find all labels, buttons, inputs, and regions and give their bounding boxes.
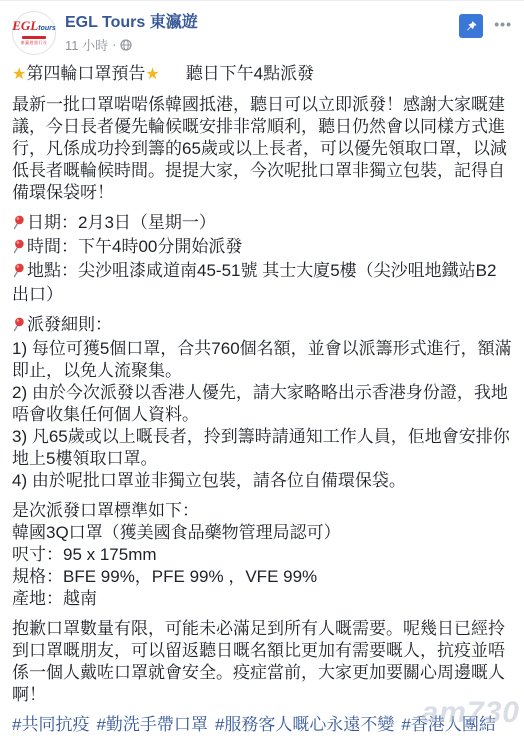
post-hashtags: #共同抗疫#勤洗手帶口罩#服務客人嘅心永遠不變#香港人團結	[12, 714, 512, 736]
rule-item: 1) 每位可獲5個口罩，合共760個名額，並會以派籌形式進行，額滿即止，以免人流…	[12, 338, 512, 382]
pin-icon	[12, 316, 25, 338]
post-headline: ★第四輪口罩預告★聽日下午4點派發	[12, 63, 512, 86]
post-closing: 抱歉口罩數量有限，可能未必滿足到所有人嘅需要。呢幾日已經拎到口罩嘅朋友，可以留返…	[12, 618, 512, 706]
logo-bar	[22, 36, 46, 39]
post-header: EGLtours 東瀛遊旅行社 EGL Tours 東瀛遊 11 小時 ·	[0, 1, 524, 61]
pin-icon	[12, 214, 25, 236]
header-info: EGL Tours 東瀛遊 11 小時 ·	[65, 11, 198, 54]
standard-item: 規格：BFE 99%，PFE 99% ，VFE 99%	[12, 566, 512, 588]
standard-item: 產地：越南	[12, 588, 512, 610]
header-actions: •••	[459, 11, 512, 38]
standard-item: 韓國3Q口罩（獲美國食品藥物管理局認可）	[12, 522, 512, 544]
globe-privacy-icon	[120, 39, 132, 51]
pushpin-icon	[465, 20, 478, 33]
rule-item: 3) 凡65歲或以上嘅長者，拎到籌時請通知工作人員，佢地會安排你地上5樓領取口罩…	[12, 426, 512, 470]
post-details: 日期：2月3日（星期一） 時間：下午4時00分開始派發 地點：尖沙咀漆咸道南45…	[12, 212, 512, 306]
hashtag-link[interactable]: #香港人團結	[401, 715, 495, 734]
mask-standards: 是次派發口罩標準如下： 韓國3Q口罩（獲美國食品藥物管理局認可） 呎寸：95 x…	[12, 500, 512, 610]
post-intro: 最新一批口罩啱啱係韓國抵港，聽日可以立即派發！感謝大家嘅建議，今日長者優先輪候嘅…	[12, 94, 512, 204]
timestamp-link[interactable]: 11 小時	[65, 35, 108, 54]
pin-icon	[12, 238, 25, 260]
meta-separator: ·	[112, 37, 116, 52]
detail-row-time: 時間：下午4時00分開始派發	[12, 236, 512, 260]
logo-subtext: 東瀛遊旅行社	[21, 40, 48, 46]
standard-item: 呎寸：95 x 175mm	[12, 544, 512, 566]
page-avatar[interactable]: EGLtours 東瀛遊旅行社	[12, 11, 56, 55]
more-options-button[interactable]: •••	[494, 14, 512, 30]
rule-item: 2) 由於今次派發以香港人優先，請大家略略出示香港身份證，我地唔會收集任何個人資…	[12, 382, 512, 426]
star-icon: ★	[145, 66, 159, 83]
post-content: ★第四輪口罩預告★聽日下午4點派發 最新一批口罩啱啱係韓國抵港，聽日可以立即派發…	[0, 61, 524, 736]
pin-icon	[12, 262, 25, 284]
post-rules: 派發細則： 1) 每位可獲5個口罩，合共760個名額，並會以派籌形式進行，額滿即…	[12, 314, 512, 492]
rule-item: 4) 由於呢批口罩並非獨立包裝，請各位自備環保袋。	[12, 470, 512, 492]
headline-subtitle: 聽日下午4點派發	[186, 64, 314, 83]
detail-row-location: 地點：尖沙咀漆咸道南45-51號 其士大廈5樓（尖沙咀地鐵站B2出口）	[12, 260, 512, 306]
egl-logo: EGLtours	[12, 20, 56, 34]
hashtag-link[interactable]: #勤洗手帶口罩	[96, 715, 207, 734]
star-icon: ★	[12, 66, 26, 83]
headline-title: 第四輪口罩預告	[26, 64, 145, 83]
pinned-post-icon	[459, 14, 483, 38]
hashtag-link[interactable]: #服務客人嘅心永遠不變	[215, 715, 394, 734]
facebook-post-card: EGLtours 東瀛遊旅行社 EGL Tours 東瀛遊 11 小時 ·	[0, 0, 524, 736]
page-name-link[interactable]: EGL Tours 東瀛遊	[65, 13, 198, 32]
detail-row-date: 日期：2月3日（星期一）	[12, 212, 512, 236]
standards-intro: 是次派發口罩標準如下：	[12, 500, 512, 522]
detail-row-rules-header: 派發細則：	[12, 314, 512, 338]
post-meta: 11 小時 ·	[65, 35, 198, 54]
hashtag-link[interactable]: #共同抗疫	[12, 715, 89, 734]
